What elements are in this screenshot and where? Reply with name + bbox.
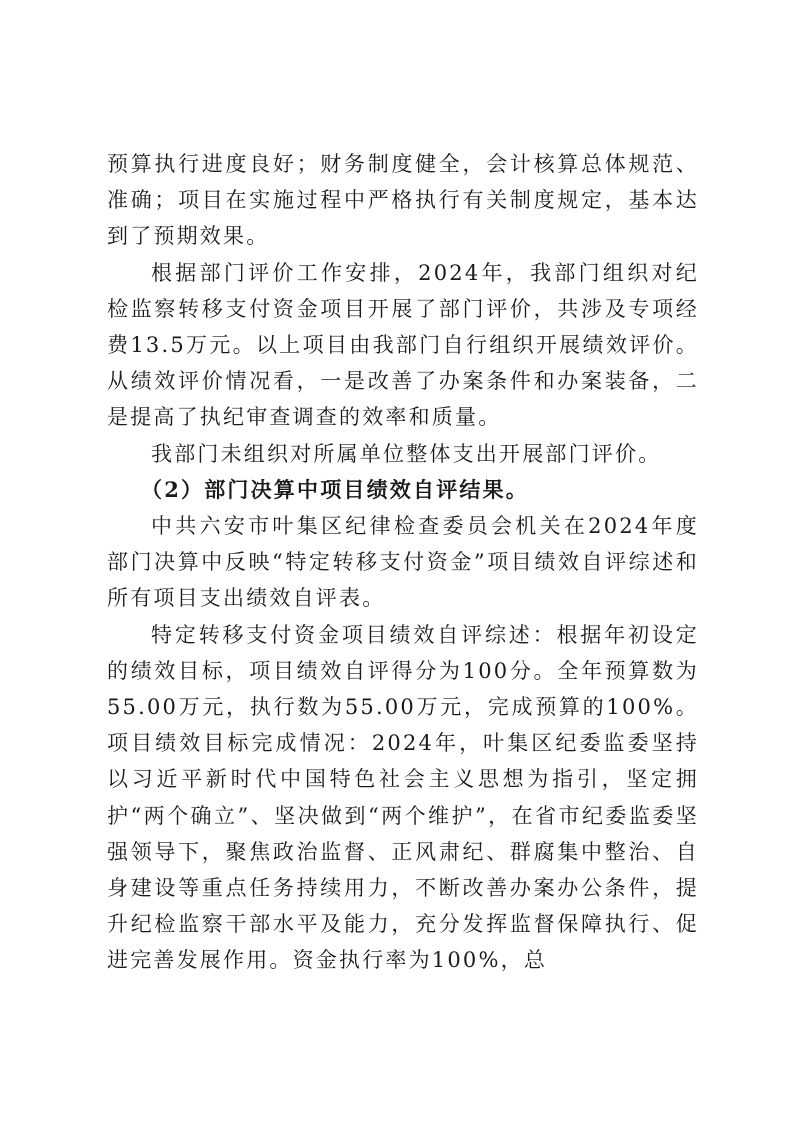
paragraph-transfer-payment-summary: 特定转移支付资金项目绩效自评综述：根据年初设定的绩效目标，项目绩效自评得分为10… bbox=[107, 617, 699, 979]
paragraph-no-unit-evaluation: 我部门未组织对所属单位整体支出开展部门评价。 bbox=[107, 436, 699, 472]
paragraph-final-accounts: 中共六安市叶集区纪律检查委员会机关在2024年度部门决算中反映“特定转移支付资金… bbox=[107, 508, 699, 617]
paragraph-budget-execution: 预算执行进度良好；财务制度健全，会计核算总体规范、准确；项目在实施过程中严格执行… bbox=[107, 146, 699, 255]
paragraph-department-evaluation: 根据部门评价工作安排，2024年，我部门组织对纪检监察转移支付资金项目开展了部门… bbox=[107, 255, 699, 436]
document-page: 预算执行进度良好；财务制度健全，会计核算总体规范、准确；项目在实施过程中严格执行… bbox=[107, 146, 699, 979]
section-heading-self-evaluation: （2）部门决算中项目绩效自评结果。 bbox=[107, 472, 699, 508]
